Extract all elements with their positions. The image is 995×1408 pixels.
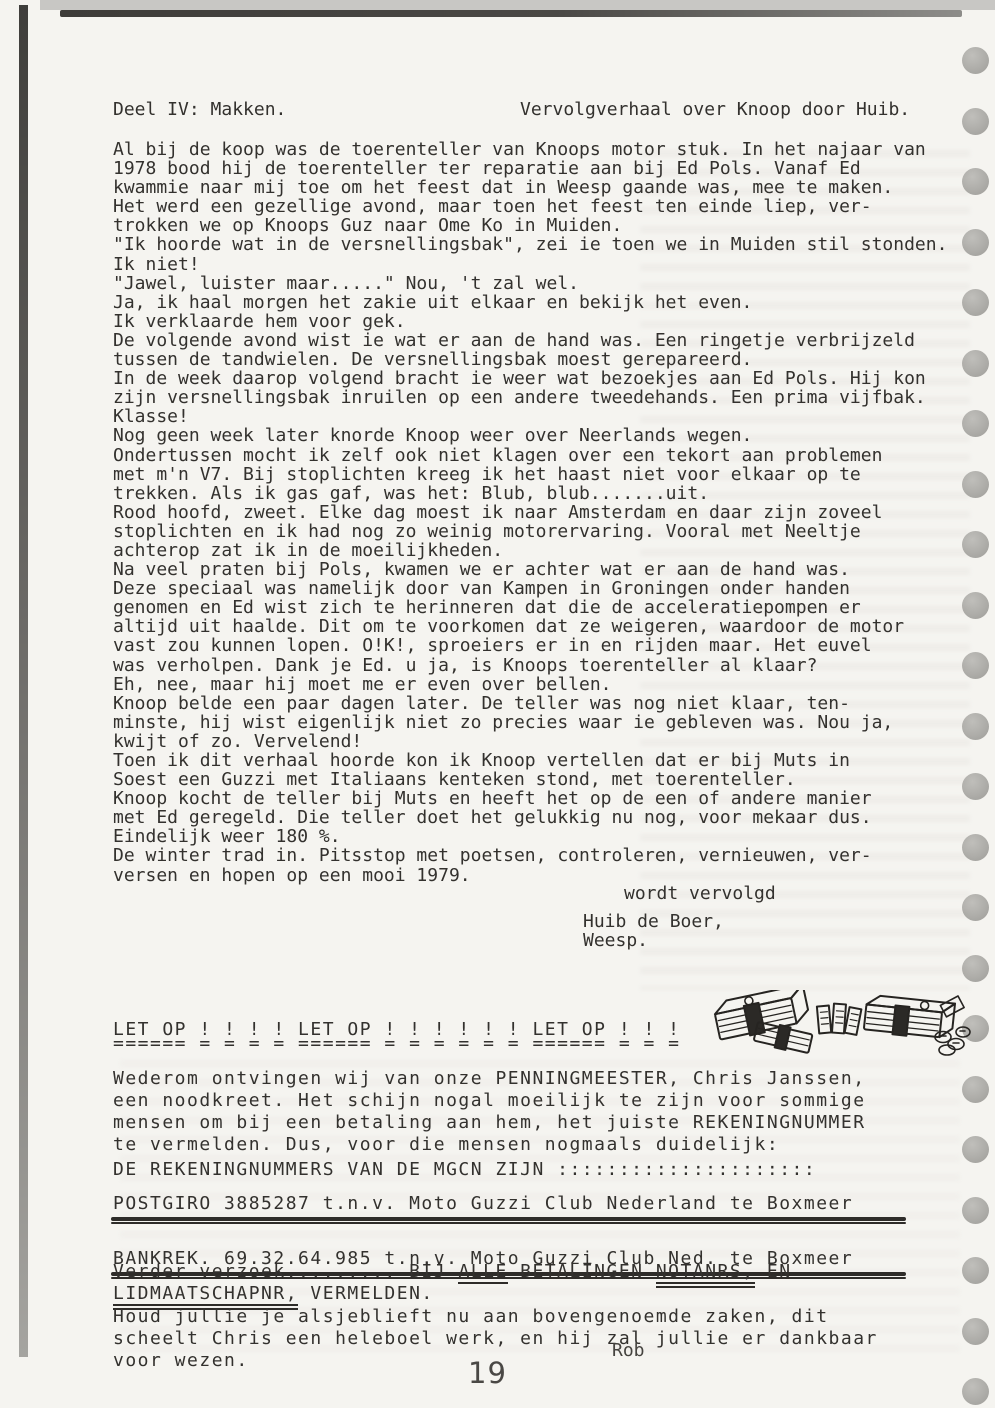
notice-heading-underline: ====== = = = = ====== = = = = = = ======… <box>113 1034 681 1053</box>
alle-underlined: ALLE <box>458 1261 507 1284</box>
text-line: met Ed geregeld. Die teller doet het gel… <box>113 808 947 827</box>
text-line: Toen ik dit verhaal hoorde kon ik Knoop … <box>113 751 947 770</box>
text-line: Ik niet! <box>113 255 947 274</box>
author-name: Huib de Boer, <box>583 912 724 931</box>
lidmaatschapnr-underlined: LIDMAATSCHAPNR, <box>113 1283 298 1306</box>
continuation-note: wordt vervolgd <box>624 884 776 903</box>
header-subtitle: Vervolgverhaal over Knoop door Huib. <box>520 100 910 119</box>
text-line: Na veel praten bij Pols, kwamen we er ac… <box>113 560 947 579</box>
text-line: een noodkreet. Het schijn nogal moeilijk… <box>113 1090 866 1112</box>
lidmaat-part1: VERMELDEN. <box>298 1283 434 1304</box>
binding-hole <box>962 229 989 256</box>
scanned-newsletter-page: Deel IV: Makken. Vervolgverhaal over Kno… <box>0 0 995 1408</box>
signature: Rob <box>612 1340 645 1361</box>
text-line: kwijt of zo. Vervelend! <box>113 732 947 751</box>
text-line: In de week daarop volgend bracht ie weer… <box>113 369 947 388</box>
binding-hole <box>962 350 989 377</box>
accounts-intro: DE REKENINGNUMMERS VAN DE MGCN ZIJN ::::… <box>113 1160 816 1179</box>
text-line: Ondertussen mocht ik zelf ook niet klage… <box>113 446 947 465</box>
postgiro-account-line: POSTGIRO 3885287 t.n.v. Moto Guzzi Club … <box>113 1194 908 1213</box>
text-line: scheelt Chris een heleboel werk, en hij … <box>113 1328 878 1350</box>
verder-verzoek-line: Verder verzoek......... BIJ ALLE BETALIN… <box>113 1262 792 1281</box>
verder-part2: BETALINGEN <box>508 1261 656 1282</box>
binding-hole <box>962 773 989 800</box>
lidmaatschapnr-line: LIDMAATSCHAPNR, VERMELDEN. <box>113 1284 434 1303</box>
binding-hole <box>962 592 989 619</box>
story-text: Al bij de koop was de toerenteller van K… <box>113 140 947 885</box>
binding-hole <box>962 652 989 679</box>
verder-part1: Verder verzoek......... BIJ <box>113 1261 458 1282</box>
text-line: Eh, nee, maar hij moet me er even over b… <box>113 675 947 694</box>
text-line: Eindelijk weer 180 %. <box>113 827 947 846</box>
text-line: Het werd een gezellige avond, maar toen … <box>113 197 947 216</box>
binding-hole <box>962 410 989 437</box>
text-line: was verholpen. Dank je Ed. u ja, is Knoo… <box>113 656 947 675</box>
text-line: Wederom ontvingen wij van onze PENNINGME… <box>113 1068 866 1090</box>
text-line: Al bij de koop was de toerenteller van K… <box>113 140 947 159</box>
binding-hole <box>962 108 989 135</box>
text-line: Soest een Guzzi met Italiaans kenteken s… <box>113 770 947 789</box>
binding-hole <box>962 1378 989 1405</box>
text-line: met m'n V7. Bij stoplichten kreeg ik het… <box>113 465 947 484</box>
text-line: tussen de tandwielen. De versnellingsbak… <box>113 350 947 369</box>
author-city: Weesp. <box>583 931 648 950</box>
binding-hole <box>962 1076 989 1103</box>
text-line: achterop zat ik in de moeilijkheden. <box>113 541 947 560</box>
binding-hole <box>962 713 989 740</box>
scan-left-border <box>19 5 28 1357</box>
binding-hole <box>962 1257 989 1284</box>
text-line: kwammie naar mij toe om het feest dat in… <box>113 178 947 197</box>
binding-hole <box>962 531 989 558</box>
text-line: zijn versnellingsbak inruilen op een and… <box>113 388 947 407</box>
binding-hole <box>962 47 989 74</box>
text-line: vast zou kunnen lopen. O!K!, sproeiers e… <box>113 636 947 655</box>
binding-hole <box>962 168 989 195</box>
text-line: trekken. Als ik gas gaf, was het: Blub, … <box>113 484 947 503</box>
money-stacks-icon <box>695 990 975 1064</box>
text-line: Knoop kocht de teller bij Muts en heeft … <box>113 789 947 808</box>
binding-hole <box>962 894 989 921</box>
section-title: Deel IV: Makken. <box>113 100 286 119</box>
text-line: altijd uit haalde. Dit om te voorkomen d… <box>113 617 947 636</box>
text-line: minste, hij wist eigenlijk niet zo preci… <box>113 713 947 732</box>
text-line: genomen en Ed wist zich te herinneren da… <box>113 598 947 617</box>
scan-top-border <box>60 10 962 17</box>
text-line: Houd jullie je alsjeblieft nu aan boveng… <box>113 1306 878 1328</box>
binding-hole <box>962 834 989 861</box>
scan-top-strip <box>40 0 995 10</box>
text-line: trokken we op Knoops Guz naar Ome Ko in … <box>113 216 947 235</box>
text-line: Knoop belde een paar dagen later. De tel… <box>113 694 947 713</box>
text-line: "Jawel, luister maar....." Nou, 't zal w… <box>113 274 947 293</box>
binding-hole <box>962 1318 989 1345</box>
text-line: Ik verklaarde hem voor gek. <box>113 312 947 331</box>
binding-hole <box>962 289 989 316</box>
binding-hole <box>962 1136 989 1163</box>
text-line: 1978 bood hij de toerenteller ter repara… <box>113 159 947 178</box>
binding-hole <box>962 955 989 982</box>
text-line: Ja, ik haal morgen het zakie uit elkaar … <box>113 293 947 312</box>
notice-body: Wederom ontvingen wij van onze PENNINGME… <box>113 1068 866 1156</box>
verder-part3: EN <box>755 1261 792 1282</box>
text-line: Nog geen week later knorde Knoop weer ov… <box>113 426 947 445</box>
text-line: Rood hoofd, zweet. Elke dag moest ik naa… <box>113 503 947 522</box>
notanrs-underlined: NOTANRS, <box>656 1261 755 1284</box>
binding-hole <box>962 1197 989 1224</box>
text-line: "Ik hoorde wat in de versnellingsbak", z… <box>113 235 947 254</box>
text-line: Klasse! <box>113 407 947 426</box>
text-line: De volgende avond wist ie wat er aan de … <box>113 331 947 350</box>
text-line: te vermelden. Dus, voor die mensen nogma… <box>113 1134 866 1156</box>
text-line: stoplichten en ik had nog zo weinig moto… <box>113 522 947 541</box>
text-line: versen en hopen op een mooi 1979. <box>113 866 947 885</box>
text-line: mensen om bij een betaling aan hem, het … <box>113 1112 866 1134</box>
binding-hole <box>962 471 989 498</box>
text-line: De winter trad in. Pitsstop met poetsen,… <box>113 846 947 865</box>
page-number: 19 <box>468 1356 507 1390</box>
text-line: Deze speciaal was namelijk door van Kamp… <box>113 579 947 598</box>
